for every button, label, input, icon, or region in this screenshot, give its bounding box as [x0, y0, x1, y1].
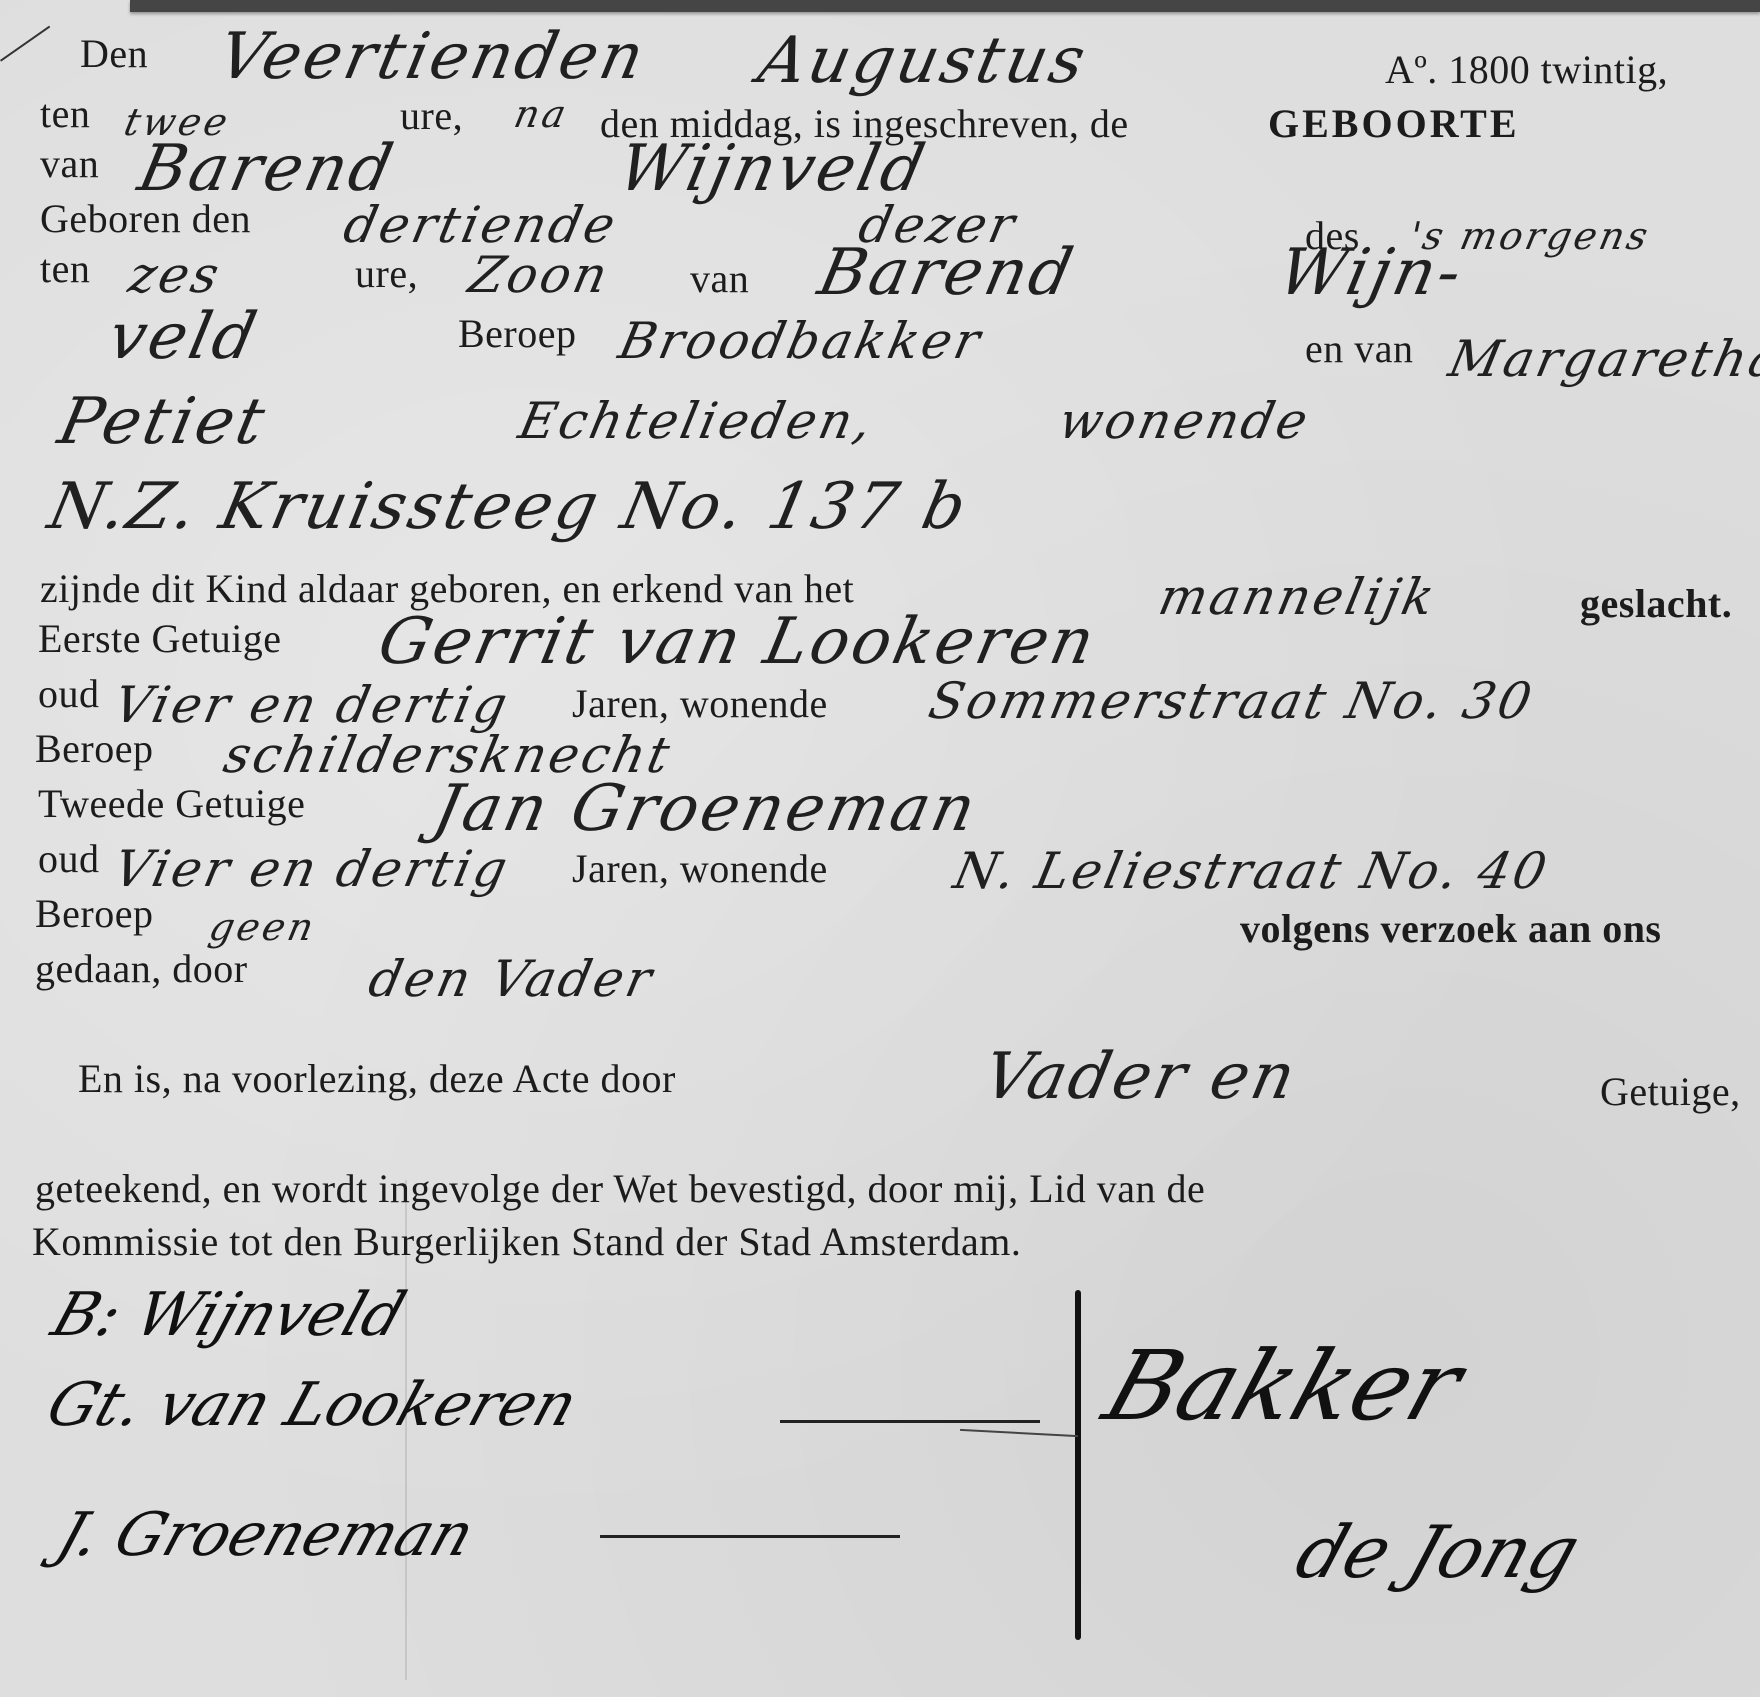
- hw-birth-hour: zes: [124, 246, 227, 304]
- signature-official-1: Bakker: [1092, 1330, 1475, 1442]
- printed-geslacht: geslacht.: [1580, 580, 1732, 627]
- hw-father-surname-part1: Wijn-: [1272, 236, 1471, 310]
- printed-eerste-getuige: Eerste Getuige: [38, 615, 282, 662]
- hw-wonende: wonende: [1054, 392, 1316, 450]
- hw-father-surname-part2: veld: [102, 300, 265, 374]
- hw-witness2-occupation: geen: [205, 905, 320, 949]
- hw-child-surname: Wijnveld: [612, 132, 933, 206]
- printed-ten: ten: [40, 90, 90, 137]
- hw-declared-by: den Vader: [364, 950, 660, 1008]
- signature-official-2: de Jong: [1286, 1510, 1590, 1594]
- printed-oud-2: oud: [38, 835, 100, 882]
- printed-ure-2: ure,: [355, 250, 418, 297]
- hw-witness2-age: Vier en dertig: [109, 840, 515, 898]
- official-signature-brace-arm: [960, 1429, 1078, 1437]
- printed-en-is: En is, na voorlezing, deze Acte door: [78, 1055, 676, 1102]
- signature-father: B: Wijnveld: [44, 1280, 414, 1350]
- printed-geboorte: GEBOORTE: [1268, 100, 1520, 147]
- signature-witness1: Gt. van Lookeren: [39, 1370, 586, 1440]
- printed-ten-2: ten: [40, 245, 90, 292]
- printed-year: Aº. 1800 twintig,: [1385, 46, 1668, 93]
- printed-geboren-den: Geboren den: [40, 195, 251, 242]
- printed-den: Den: [80, 30, 148, 77]
- printed-tweede-getuige: Tweede Getuige: [38, 780, 305, 827]
- hw-signed-by: Vader en: [977, 1040, 1304, 1114]
- hw-mother-first-name: Margaretha: [1444, 330, 1760, 388]
- printed-beroep-witness2: Beroep: [35, 890, 154, 937]
- hw-day-registered: Veertienden: [212, 20, 653, 94]
- hw-father-occupation: Broodbakker: [614, 312, 988, 370]
- printed-beroep-witness1: Beroep: [35, 725, 154, 772]
- top-border-rule: [130, 0, 1760, 12]
- printed-oud-1: oud: [38, 670, 100, 717]
- hw-witness2-residence: N. Leliestraat No. 40: [949, 842, 1555, 900]
- hw-address: N.Z. Kruissteeg No. 137 b: [42, 470, 975, 544]
- printed-volgens-verzoek: volgens verzoek aan ons: [1240, 905, 1662, 952]
- hw-mother-surname: Petiet: [52, 385, 274, 459]
- hw-sex: mannelijk: [1154, 568, 1442, 626]
- printed-kommissie-line: Kommissie tot den Burgerlijken Stand der…: [32, 1218, 1021, 1265]
- hw-marital-status: Echtelieden,: [514, 392, 880, 450]
- hw-father-first-name: Barend: [812, 236, 1082, 310]
- signature-witness1-flourish: [780, 1420, 1040, 1423]
- printed-jaren-wonende-1: Jaren, wonende: [572, 680, 828, 727]
- edge-mark: [0, 26, 50, 62]
- printed-jaren-wonende-2: Jaren, wonende: [572, 845, 828, 892]
- printed-geteekend-line: geteekend, en wordt ingevolge der Wet be…: [35, 1165, 1205, 1212]
- hw-relation: Zoon: [464, 246, 615, 304]
- printed-en-van: en van: [1305, 325, 1414, 372]
- hw-month: Augustus: [752, 24, 1094, 98]
- hw-witness1-name: Gerrit van Lookeren: [372, 605, 1103, 679]
- printed-gedaan-door: gedaan, door: [35, 945, 248, 992]
- printed-beroep-father: Beroep: [458, 310, 577, 357]
- hw-na: na: [510, 92, 572, 136]
- printed-van: van: [40, 140, 99, 187]
- signature-witness2: J. Groeneman: [49, 1500, 483, 1570]
- hw-witness1-residence: Sommerstraat No. 30: [924, 672, 1540, 730]
- official-signature-brace: [1075, 1290, 1081, 1640]
- document-scan: Den Veertienden Augustus Aº. 1800 twinti…: [0, 0, 1760, 1697]
- printed-getuige: Getuige,: [1600, 1068, 1741, 1115]
- printed-ure: ure,: [400, 92, 463, 139]
- hw-witness2-name: Jan Groeneman: [427, 772, 984, 846]
- printed-van-2: van: [690, 255, 749, 302]
- signature-witness2-flourish: [600, 1535, 900, 1538]
